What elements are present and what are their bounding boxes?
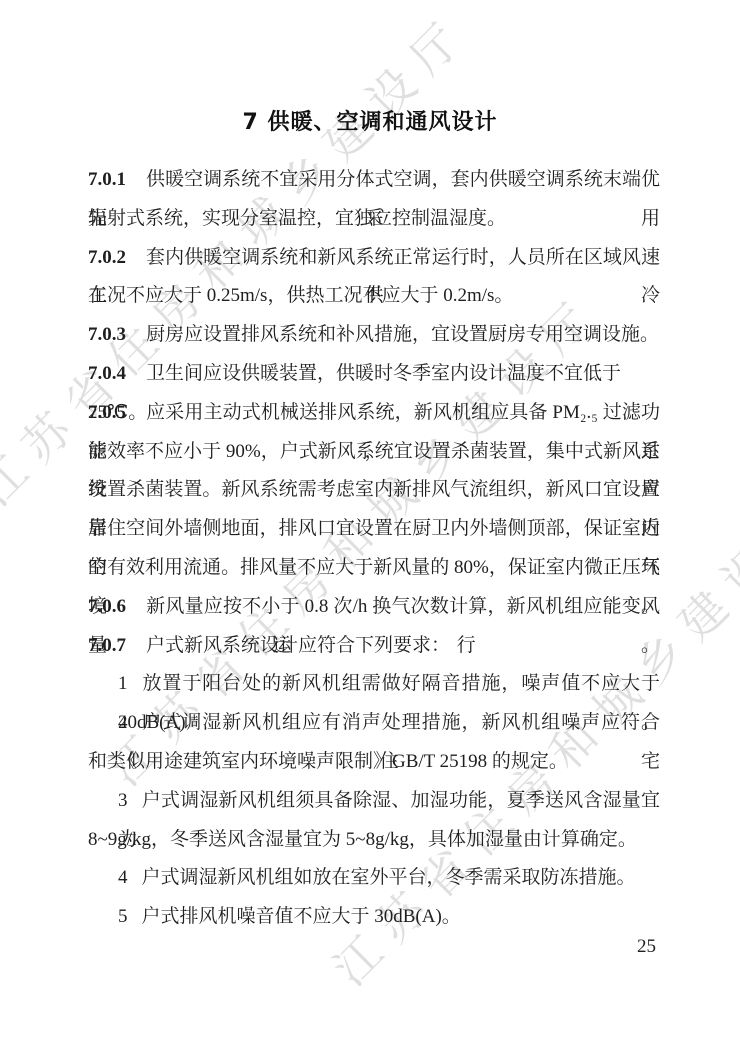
line-text: 户式调湿新风机组如放在室外平台，冬季需采取防冻措施。 [142,867,636,888]
line-text: 厨房应设置排风系统和补风措施，宜设置厨房专用空调设施。 [146,324,659,345]
text-line: 的有效利用流通。排风量不应大于新风量的 80%，保证室内微正压环境。 [88,549,660,588]
text-line: 设置杀菌装置。新风系统需考虑室内新排风气流组织，新风口宜设置靠近 [88,471,660,510]
item-number: 2 [118,712,128,733]
text-line: 7.0.3厨房应设置排风系统和补风措施，宜设置厨房专用空调设施。 [88,316,660,355]
text-line: 7.0.6新风量应按不小于 0.8 次/h 换气次数计算，新风机组应能变风量运行… [88,588,660,627]
text-line: 滤效率不应小于 90%，户式新风系统宜设置杀菌装置，集中式新风系统应 [88,433,660,472]
line-text: 工况不应大于 0.25m/s，供热工况不应大于 0.2m/s。 [88,285,513,306]
chapter-title: 7 供暖、空调和通风设计 [0,105,740,136]
line-text: 辐射式系统，实现分室温控，宜独立控制温湿度。 [88,208,506,229]
text-line: 7.0.5应采用主动式机械送排风系统，新风机组应具备 PM₂.₅ 过滤功能，过 [88,394,660,433]
document-body: 7.0.1供暖空调系统不宜采用分体式空调，套内供暖空调系统末端优先采用辐射式系统… [88,161,660,937]
text-line: 7.0.1供暖空调系统不宜采用分体式空调，套内供暖空调系统末端优先采用 [88,161,660,200]
text-line: 7.0.2套内供暖空调系统和新风系统正常运行时，人员所在区域风速在供冷 [88,239,660,278]
item-number: 5 [118,906,128,927]
clause-number: 7.0.2 [88,247,126,268]
clause-number: 7.0.3 [88,324,126,345]
page-number: 25 [637,936,656,958]
clause-number: 7.0.4 [88,363,126,384]
item-number: 4 [118,867,128,888]
clause-number: 7.0.1 [88,169,126,190]
line-text: 户式排风机噪音值不应大于 30dB(A)。 [142,906,461,927]
text-line: 8~9g/kg，冬季送风含湿量宜为 5~8g/kg，具体加湿量由计算确定。 [88,821,660,860]
item-number: 3 [118,790,128,811]
text-line: 3户式调湿新风机组须具备除湿、加湿功能，夏季送风含湿量宜为 [88,782,660,821]
line-text: 8~9g/kg，冬季送风含湿量宜为 5~8g/kg，具体加湿量由计算确定。 [88,829,637,850]
item-number: 1 [118,673,128,694]
text-line: 2户式调湿新风机组应有消声处理措施，新风机组噪声应符合《住宅 [88,704,660,743]
clause-number: 7.0.6 [88,596,126,617]
text-line: 居住空间外墙侧地面，排风口宜设置在厨卫内外墙侧顶部，保证室内空气 [88,510,660,549]
text-line: 5户式排风机噪音值不应大于 30dB(A)。 [88,898,660,937]
text-line: 1放置于阳台处的新风机组需做好隔音措施，噪声值不应大于 40dB(A)。 [88,665,660,704]
line-text: 户式新风系统设计应符合下列要求： [146,635,450,656]
document-page: 江苏省住房和城乡建设厅 江苏省住房和城乡建设厅 江苏省住房和城乡建设厅 7 供暖… [0,0,740,1046]
text-line: 7.0.4卫生间应设供暖装置，供暖时冬季室内设计温度不宜低于 25℃。 [88,355,660,394]
line-text: 和类似用途建筑室内环境噪声限制》GB/T 25198 的规定。 [88,751,568,772]
text-line: 4户式调湿新风机组如放在室外平台，冬季需采取防冻措施。 [88,859,660,898]
clause-number: 7.0.7 [88,635,126,656]
clause-number: 7.0.5 [88,402,126,423]
